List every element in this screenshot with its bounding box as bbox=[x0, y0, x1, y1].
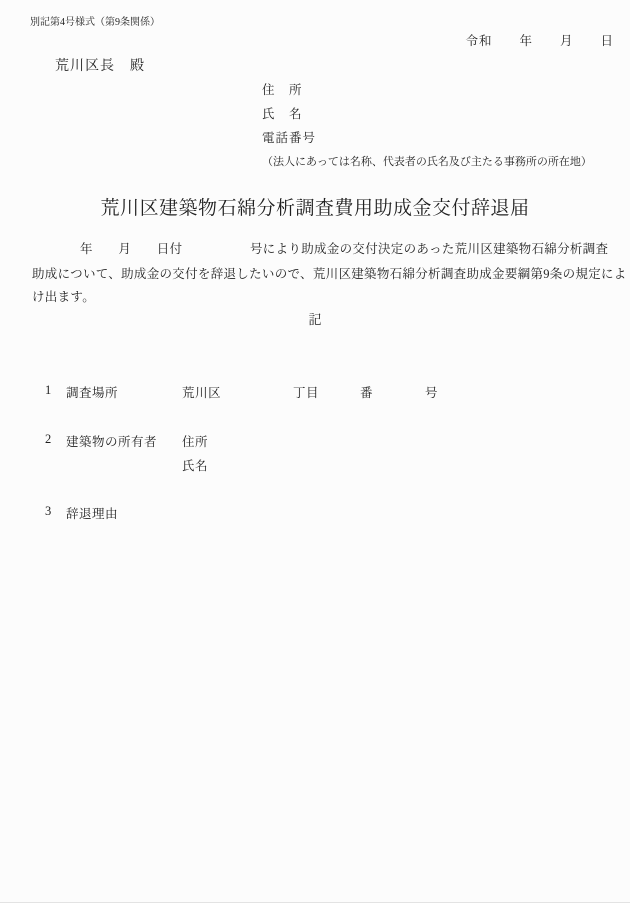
document-title: 荒川区建築物石綿分析調査費用助成金交付辞退届 bbox=[0, 193, 630, 220]
body-line3: け出ます。 bbox=[32, 287, 95, 305]
item1-chome-label: 丁目 bbox=[293, 383, 319, 401]
form-code: 別記第4号様式（第9条関係） bbox=[30, 13, 160, 28]
item1-ward-label: 荒川区 bbox=[182, 383, 221, 401]
item2-number: 2 bbox=[45, 432, 52, 447]
item3-number: 3 bbox=[45, 504, 52, 519]
item1-go-label: 号 bbox=[425, 383, 438, 401]
record-heading: 記 bbox=[0, 309, 630, 328]
item2-label: 建築物の所有者 bbox=[66, 432, 157, 450]
body-line2: 助成について、助成金の交付を辞退したいので、荒川区建築物石綿分析調査助成金要綱第… bbox=[32, 264, 630, 282]
item1-label: 調査場所 bbox=[66, 383, 118, 401]
item3-label: 辞退理由 bbox=[66, 504, 118, 522]
addressee: 荒川区長 殿 bbox=[55, 55, 145, 75]
date-line: 令和 年 月 日 bbox=[465, 31, 614, 49]
body-line1-date: 年 月 日付 bbox=[80, 239, 182, 257]
applicant-address-label: 住 所 bbox=[262, 80, 303, 98]
applicant-phone-label: 電話番号 bbox=[262, 128, 316, 146]
item1-number: 1 bbox=[45, 383, 52, 398]
document-page: 別記第4号様式（第9条関係） 令和 年 月 日 荒川区長 殿 住 所 氏 名 電… bbox=[0, 0, 630, 903]
applicant-name-label: 氏 名 bbox=[262, 104, 303, 122]
body-line1-rest: 号により助成金の交付決定のあった荒川区建築物石綿分析調査 bbox=[250, 239, 608, 257]
item1-ban-label: 番 bbox=[360, 383, 373, 401]
corporate-note: （法人にあっては名称、代表者の氏名及び主たる事務所の所在地） bbox=[262, 153, 592, 169]
item2-address-label: 住所 bbox=[182, 432, 208, 450]
item2-name-label: 氏名 bbox=[182, 456, 208, 474]
